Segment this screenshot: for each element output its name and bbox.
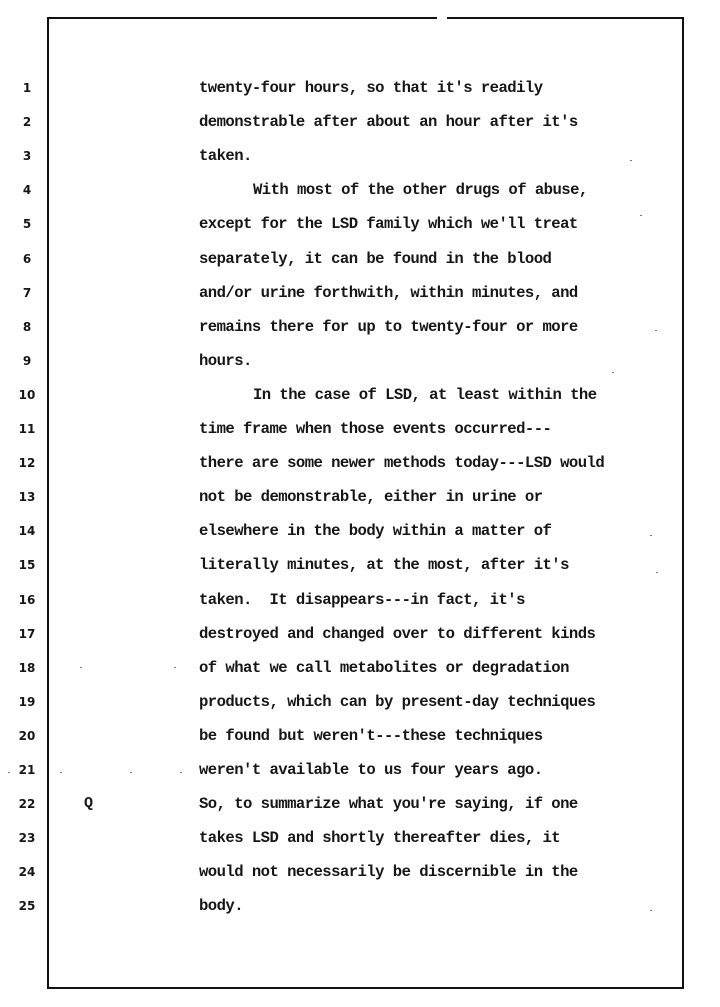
line-number: 2	[14, 115, 40, 129]
transcript-line-text: destroyed and changed over to different …	[199, 625, 595, 643]
scan-speck	[180, 772, 182, 773]
line-number: 5	[14, 217, 40, 231]
transcript-line-text: taken. It disappears---in fact, it's	[199, 591, 525, 609]
line-number: 14	[14, 524, 40, 538]
line-number: 12	[14, 456, 40, 470]
scan-speck	[8, 772, 10, 773]
transcript-line-text: would not necessarily be discernible in …	[199, 863, 578, 881]
line-number: 4	[14, 183, 40, 197]
transcript-line-text: except for the LSD family which we'll tr…	[199, 215, 578, 233]
scan-speck	[612, 372, 614, 373]
line-number: 3	[14, 149, 40, 163]
line-number: 8	[14, 320, 40, 334]
scan-speck	[80, 667, 82, 668]
transcript-line-text: weren't available to us four years ago.	[199, 761, 543, 779]
line-number: 15	[14, 558, 40, 572]
transcript-line-text: separately, it can be found in the blood	[199, 250, 551, 268]
line-number: 22	[14, 797, 40, 811]
scan-speck	[650, 910, 652, 911]
transcript-line-text: not be demonstrable, either in urine or	[199, 488, 543, 506]
transcript-line-text: With most of the other drugs of abuse,	[253, 181, 588, 199]
line-number: 16	[14, 593, 40, 607]
line-number: 21	[14, 763, 40, 777]
transcript-line-text: body.	[199, 897, 243, 915]
line-number: 13	[14, 490, 40, 504]
line-number: 7	[14, 286, 40, 300]
transcript-line-text: of what we call metabolites or degradati…	[199, 659, 569, 677]
scan-speck	[130, 772, 132, 773]
transcript-line-text: literally minutes, at the most, after it…	[199, 556, 569, 574]
transcript-line-text: elsewhere in the body within a matter of	[199, 522, 551, 540]
transcript-line-text: be found but weren't---these techniques	[199, 727, 543, 745]
line-number: 9	[14, 354, 40, 368]
border-gap	[437, 14, 447, 20]
line-number: 24	[14, 865, 40, 879]
transcript-line-text: hours.	[199, 352, 252, 370]
line-number: 23	[14, 831, 40, 845]
transcript-line-text: takes LSD and shortly thereafter dies, i…	[199, 829, 560, 847]
line-number: 17	[14, 627, 40, 641]
line-number: 19	[14, 695, 40, 709]
scan-speck	[655, 330, 657, 331]
scan-speck	[650, 535, 652, 536]
line-number: 25	[14, 899, 40, 913]
line-number: 1	[14, 81, 40, 95]
transcript-line-text: there are some newer methods today---LSD…	[199, 454, 604, 472]
scan-speck	[60, 772, 62, 773]
line-number: 20	[14, 729, 40, 743]
transcript-line-text: twenty-four hours, so that it's readily	[199, 79, 543, 97]
transcript-line-text: time frame when those events occurred---	[199, 420, 551, 438]
line-number: 11	[14, 422, 40, 436]
line-number: 18	[14, 661, 40, 675]
transcript-line-text: demonstrable after about an hour after i…	[199, 113, 578, 131]
transcript-line-text: In the case of LSD, at least within the	[253, 386, 597, 404]
speaker-label: Q	[84, 795, 93, 813]
scan-speck	[174, 667, 176, 668]
transcript-line-text: taken.	[199, 147, 252, 165]
scan-speck	[656, 572, 658, 573]
scan-speck	[640, 215, 642, 216]
transcript-line-text: products, which can by present-day techn…	[199, 693, 595, 711]
scan-speck	[630, 160, 632, 161]
line-number: 10	[14, 388, 40, 402]
transcript-line-text: So, to summarize what you're saying, if …	[199, 795, 578, 813]
line-number: 6	[14, 252, 40, 266]
transcript-line-text: remains there for up to twenty-four or m…	[199, 318, 578, 336]
transcript-line-text: and/or urine forthwith, within minutes, …	[199, 284, 578, 302]
